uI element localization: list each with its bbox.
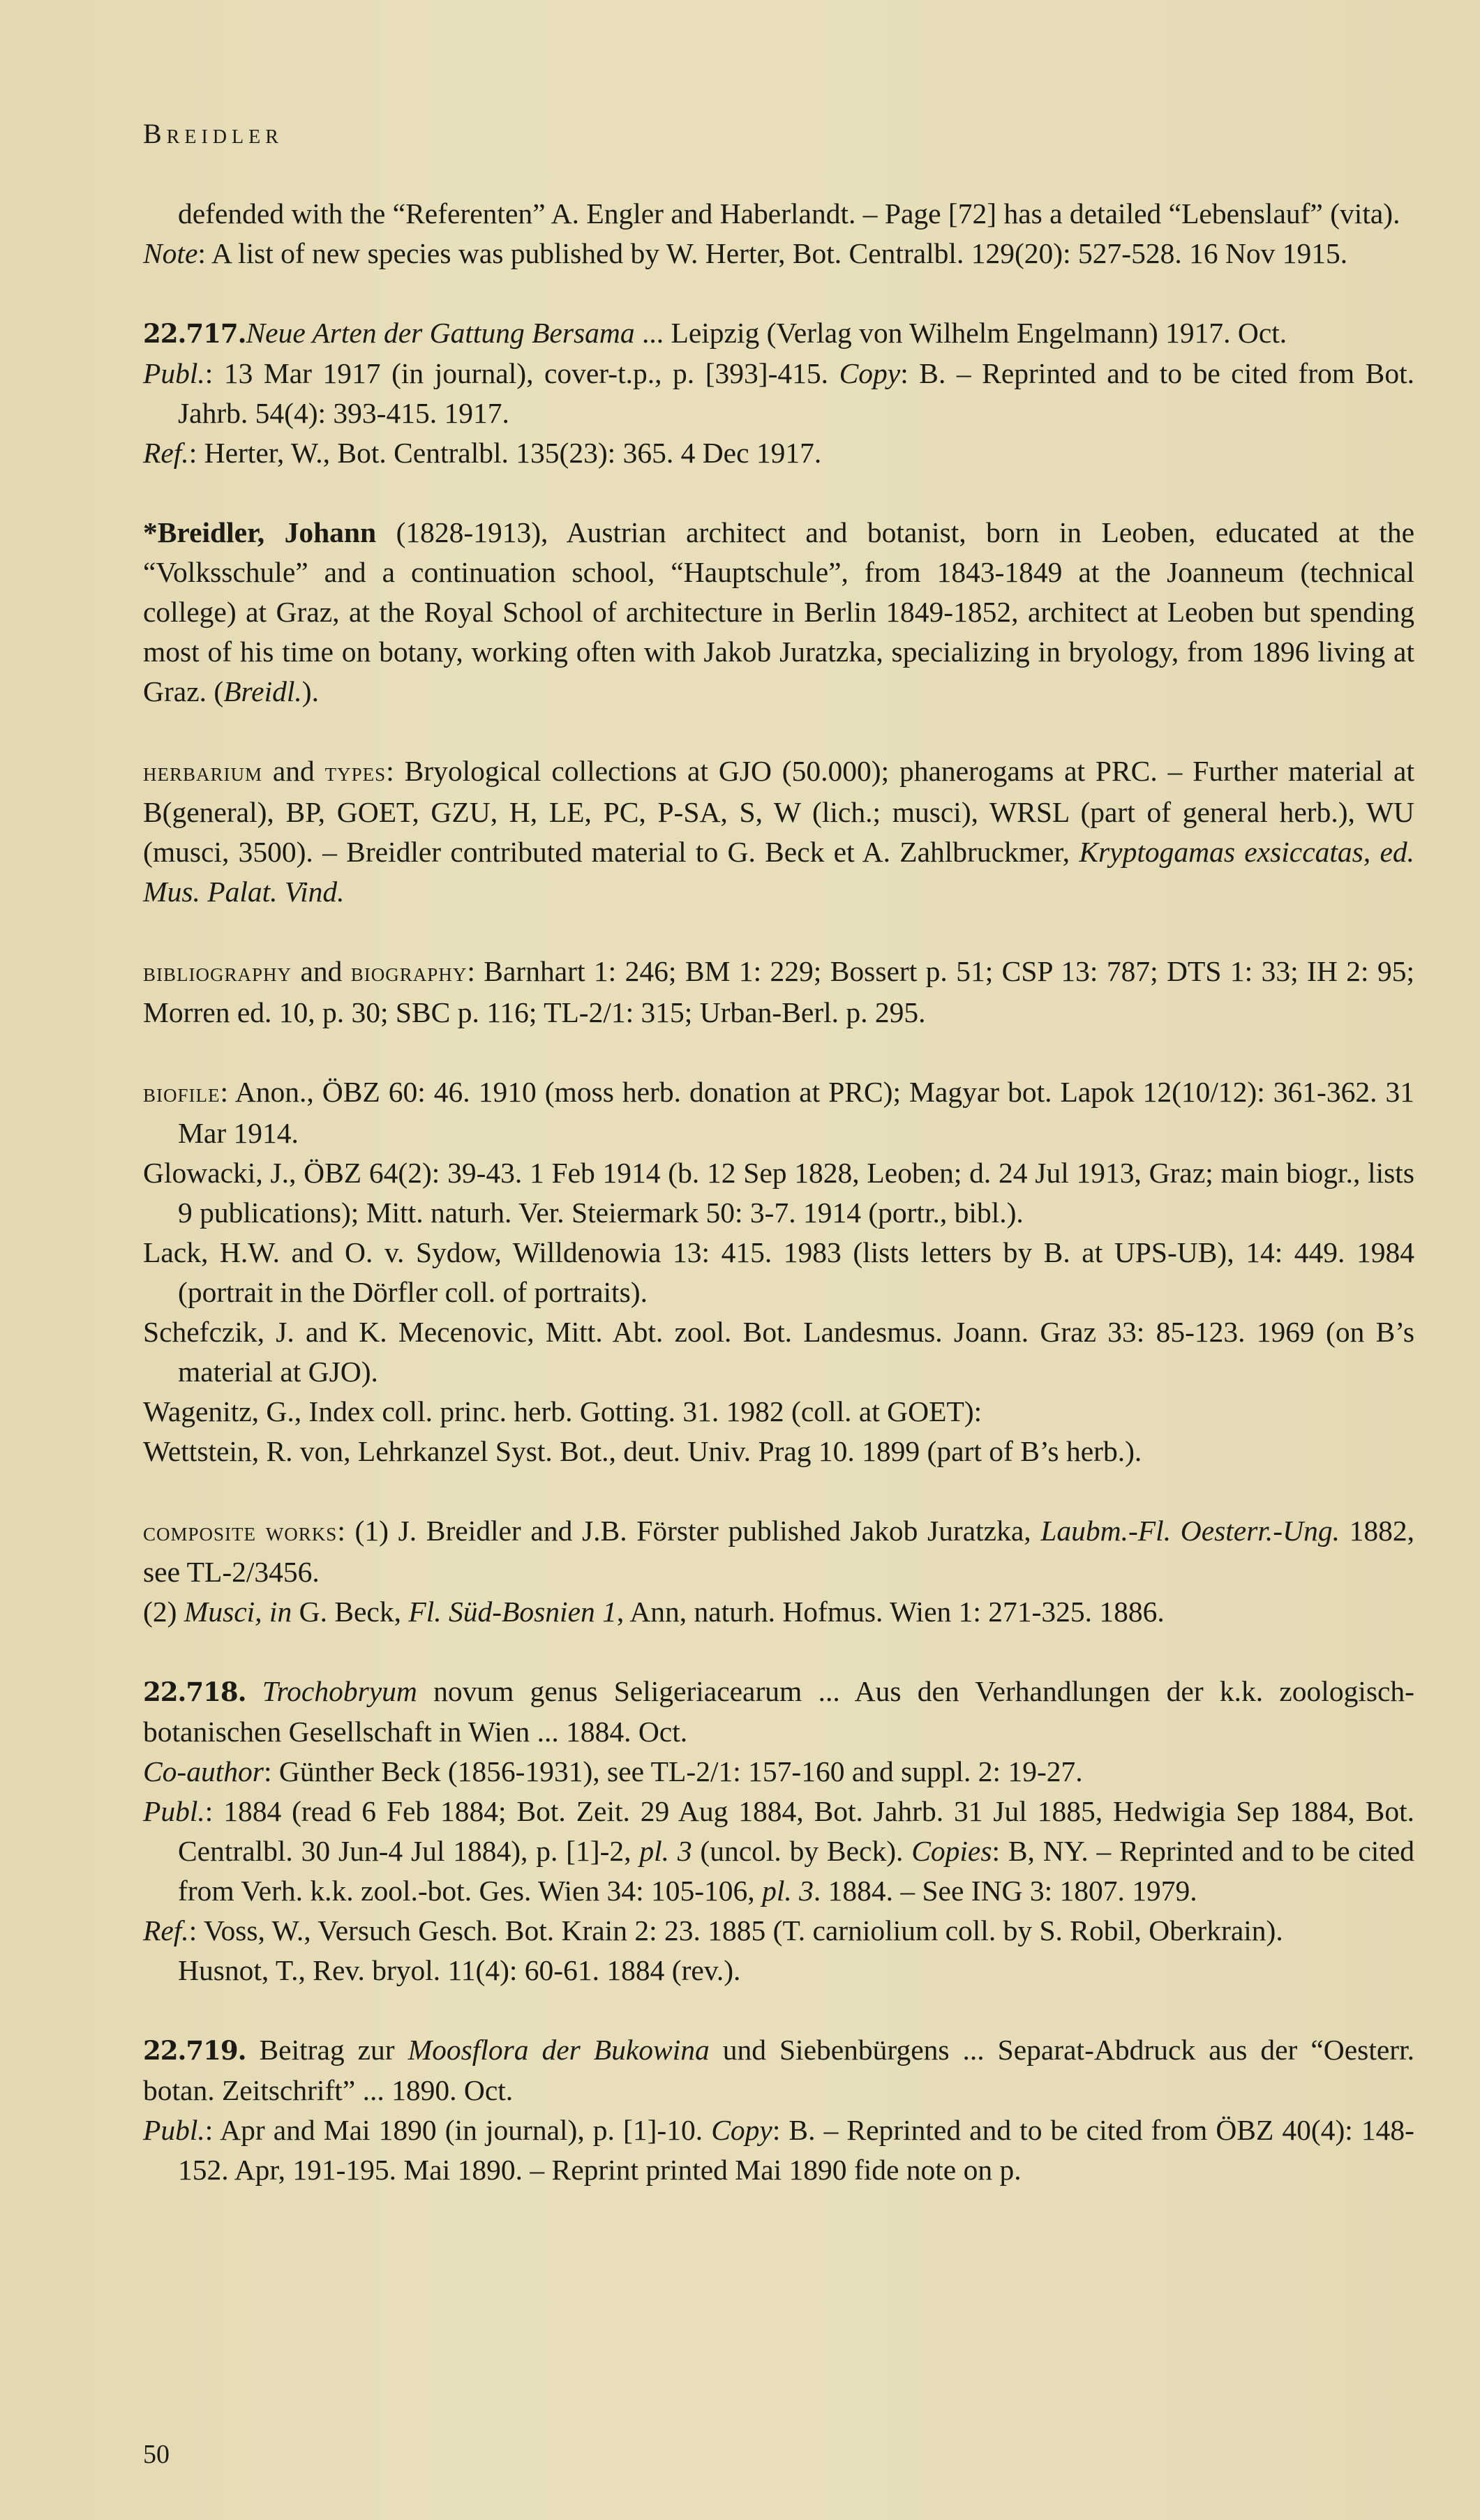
bibliography-section: Bibliography and Biography: Barnhart 1: … (143, 952, 1414, 1033)
entry-22718-publ: Publ.: 1884 (read 6 Feb 1884; Bot. Zeit.… (143, 1792, 1414, 1911)
page-body: defended with the “Referenten” A. Engler… (143, 194, 1414, 2190)
copy-label: Copy (711, 2114, 772, 2146)
biofile-item: Lack, H.W. and O. v. Sydow, Willdenowia … (143, 1233, 1414, 1312)
entry-title-rest: ... Leipzig (Verlag von Wilhelm Engelman… (635, 317, 1287, 349)
entry-number: 22.717. (143, 318, 246, 349)
section-label: Biofile (143, 1079, 220, 1108)
copies-label: Copies (911, 1835, 992, 1867)
biofile-text: : Anon., ÖBZ 60: 46. 1910 (moss herb. do… (178, 1076, 1414, 1149)
entry-22719-title: 22.719. Beitrag zur Moosflora der Bukowi… (143, 2030, 1414, 2110)
note-label: Note (143, 237, 197, 269)
ref-label: Ref. (143, 437, 189, 469)
section-label: Types (325, 758, 387, 787)
continuation-text: defended with the “Referenten” A. Engler… (143, 194, 1414, 234)
biofile-item: Glowacki, J., ÖBZ 64(2): 39-43. 1 Feb 19… (143, 1153, 1414, 1233)
coauthor-text: : Günther Beck (1856-1931), see TL-2/1: … (264, 1755, 1083, 1787)
ref-text: : Herter, W., Bot. Centralbl. 135(23): 3… (189, 437, 822, 469)
section-label: Bibliography (143, 958, 292, 987)
publ-text: : Apr and Mai 1890 (in journal), p. [1]-… (205, 2114, 711, 2146)
entry-22718-ref-2: Husnot, T., Rev. bryol. 11(4): 60-61. 18… (143, 1951, 1414, 1990)
entry-22719-publ: Publ.: Apr and Mai 1890 (in journal), p.… (143, 2110, 1414, 2190)
coauthor-label: Co-author (143, 1755, 264, 1787)
ref-text: : Voss, W., Versuch Gesch. Bot. Krain 2:… (189, 1914, 1283, 1947)
biofile-item: Wagenitz, G., Index coll. princ. herb. G… (143, 1392, 1414, 1432)
entry-title-italic: Moosflora der Bukowina (408, 2034, 710, 2066)
connector: and (262, 755, 325, 787)
page-number: 50 (143, 2439, 170, 2470)
entry-title-italic: Trochobryum (262, 1675, 417, 1707)
book-page: Breidler defended with the “Referenten” … (0, 0, 1480, 2520)
entry-number: 22.718. (143, 1677, 246, 1707)
biofile-item: Biofile: Anon., ÖBZ 60: 46. 1910 (moss h… (143, 1072, 1414, 1153)
composite-works-item-2: (2) Musci, in G. Beck, Fl. Süd-Bosnien 1… (143, 1592, 1414, 1632)
biofile-item: Wettstein, R. von, Lehrkanzel Syst. Bot.… (143, 1432, 1414, 1471)
section-label: Biography (351, 958, 468, 987)
publ-label: Publ. (143, 1795, 205, 1827)
publ-text: : 13 Mar 1917 (in journal), cover-t.p., … (205, 357, 839, 389)
composite-text-italic: Laubm.-Fl. Oesterr.-Ung. (1040, 1515, 1340, 1547)
entry-title-italic: Neue Arten der Gattung Bersama (246, 317, 635, 349)
author-name: *Breidler, Johann (143, 516, 376, 548)
biofile-item: Schefczik, J. and K. Mecenovic, Mitt. Ab… (143, 1312, 1414, 1392)
composite-works-item-1: Composite works: (1) J. Breidler and J.B… (143, 1511, 1414, 1592)
entry-22718-coauthor: Co-author: Günther Beck (1856-1931), see… (143, 1752, 1414, 1792)
composite-text: (2) (143, 1596, 184, 1628)
composite-text-italic: Fl. Süd-Bosnien 1 (408, 1596, 617, 1628)
publ-label: Publ. (143, 2114, 205, 2146)
entry-number: 22.719. (143, 2035, 246, 2066)
copy-label: Copy (839, 357, 901, 389)
author-entry: *Breidler, Johann (1828-1913), Austrian … (143, 513, 1414, 712)
note-text: : A list of new species was published by… (197, 237, 1347, 269)
plate-ref: pl. 3 (639, 1835, 692, 1867)
running-head: Breidler (143, 117, 283, 150)
composite-text: : (1) J. Breidler and J.B. Förster publi… (337, 1515, 1040, 1547)
publ-text: . 1884. – See ING 3: 1807. 1979. (814, 1875, 1197, 1907)
connector: and (292, 955, 351, 987)
composite-text: G. Beck, (292, 1596, 408, 1628)
plate-ref: pl. 3 (762, 1875, 814, 1907)
herbarium-section: Herbarium and Types: Bryological collect… (143, 751, 1414, 912)
author-abbrev: Breidl. (223, 675, 302, 707)
section-label: Herbarium (143, 758, 262, 787)
ref-label: Ref. (143, 1914, 189, 1947)
entry-title-rest: Beitrag zur (246, 2034, 408, 2066)
entry-22717-publ: Publ.: 13 Mar 1917 (in journal), cover-t… (143, 354, 1414, 433)
composite-text-italic: Musci, in (184, 1596, 292, 1628)
entry-22718-title: 22.718. Trochobryum novum genus Seligeri… (143, 1672, 1414, 1752)
entry-22718-ref: Ref.: Voss, W., Versuch Gesch. Bot. Krai… (143, 1911, 1414, 1951)
note-paragraph: Note: A list of new species was publishe… (143, 234, 1414, 273)
publ-text: (uncol. by Beck). (692, 1835, 912, 1867)
entry-22717-title: 22.717.Neue Arten der Gattung Bersama ..… (143, 313, 1414, 354)
publ-label: Publ. (143, 357, 205, 389)
composite-text: , Ann, naturh. Hofmus. Wien 1: 271-325. … (617, 1596, 1165, 1628)
section-label: Composite works (143, 1517, 337, 1547)
entry-22717-ref: Ref.: Herter, W., Bot. Centralbl. 135(23… (143, 433, 1414, 473)
author-bio-end: ). (302, 675, 319, 707)
